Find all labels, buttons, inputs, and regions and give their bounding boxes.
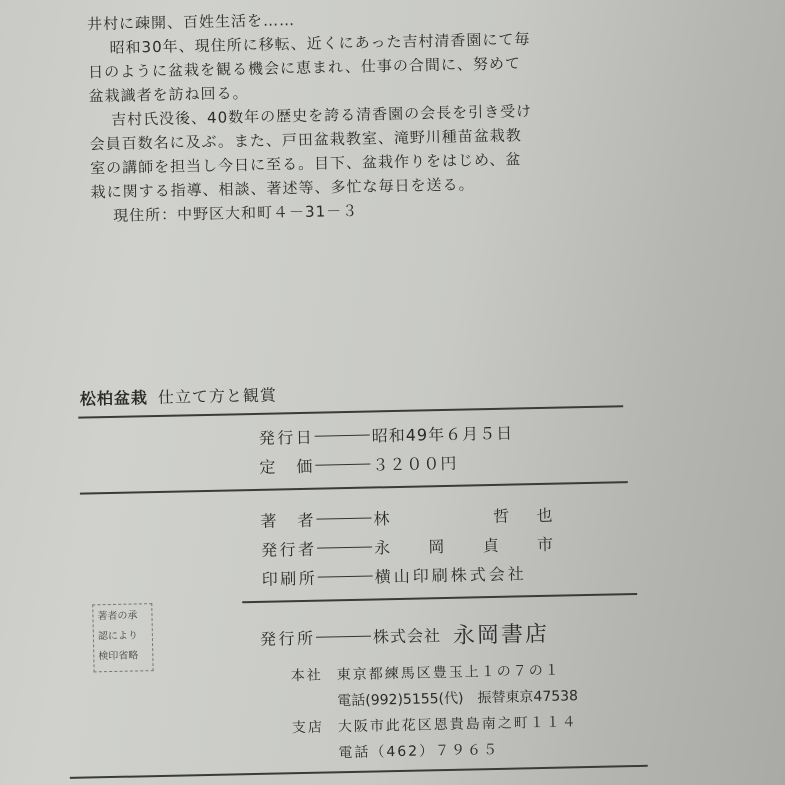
publisher-company-type: 株式会社 (373, 623, 441, 647)
leader-line (315, 464, 370, 466)
price-label: 定 価 (259, 454, 313, 478)
book-subtitle: 仕立て方と観賞 (158, 385, 277, 406)
leader-line (316, 636, 371, 638)
branch-phone: 電話（462）７９６５ (338, 739, 499, 762)
publisher-person-label: 発行者 (261, 537, 315, 561)
printer-name: 横山印刷株式会社 (374, 561, 526, 587)
printer-row: 印刷所 横山印刷株式会社 (261, 561, 526, 590)
author-name: 林 哲 也 (373, 503, 553, 530)
author-biography: 井村に疎開、百姓生活を…… 昭和30年、現住所に移転、近くにあった吉村清香園にて… (87, 0, 562, 228)
publication-date-row: 発行日 昭和49年６月５日 (259, 421, 514, 449)
price-row: 定 価 ３２００円 (259, 451, 457, 478)
head-office-address: 本社東京都練馬区豊玉上１の７の１ (291, 660, 561, 686)
author-label: 著 者 (260, 508, 314, 532)
price: ３２００円 (372, 451, 457, 476)
divider (70, 765, 648, 779)
publisher-label: 発行所 (260, 626, 314, 650)
publisher-person-name: 永 岡 貞 市 (374, 532, 554, 559)
leader-line (315, 435, 370, 437)
printer-label: 印刷所 (261, 566, 315, 590)
branch-address: 支店大阪市此花区恩貴島南之町１１４ (292, 711, 578, 737)
branch-label: 支店 (292, 716, 338, 737)
leader-line (317, 547, 372, 549)
publication-date-label: 発行日 (259, 425, 313, 449)
head-office-label: 本社 (291, 664, 337, 685)
leader-line (316, 518, 371, 520)
book-page: 井村に疎開、百姓生活を…… 昭和30年、現住所に移転、近くにあった吉村清香園にて… (0, 0, 785, 785)
author-row: 著 者 林 哲 也 (260, 503, 553, 532)
leader-line (318, 576, 373, 578)
publication-date: 昭和49年６月５日 (372, 421, 514, 447)
book-title: 松柏盆栽仕立て方と観賞 (80, 382, 277, 409)
divider (80, 481, 628, 494)
head-office-phone: 電話(992)5155(代) 振替東京47538 (337, 685, 578, 710)
divider (242, 593, 637, 603)
publisher-row: 発行所 株式会社 永岡書店 (260, 617, 550, 654)
book-title-main: 松柏盆栽 (80, 388, 148, 408)
seal-omitted-stamp: 著者の承 認により 検印省略 (92, 603, 153, 672)
publisher-person-row: 発行者 永 岡 貞 市 (261, 532, 554, 561)
publisher-name: 永岡書店 (453, 617, 550, 650)
